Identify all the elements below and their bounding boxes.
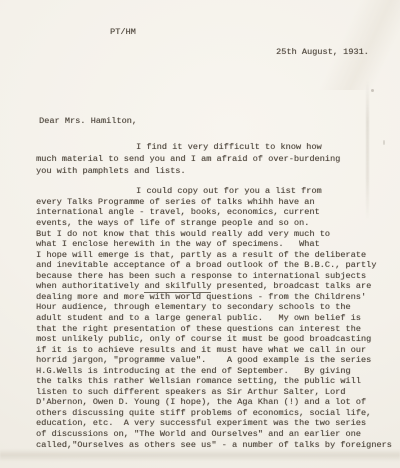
body-line: you with pamphlets and lists. <box>36 166 396 178</box>
typist-reference: PT/HM <box>110 27 136 37</box>
body-line: horrid jargon, "programme value". A good… <box>36 355 396 366</box>
body-line: much material to send you and I am afrai… <box>36 154 396 166</box>
body-line: when authoritatively and skilfully prese… <box>36 281 396 292</box>
body-line: most unlikely public, only of course it … <box>36 334 396 345</box>
paper-speck <box>371 89 374 92</box>
body-line: H.G.Wells is introducing at the end of S… <box>36 366 396 377</box>
body-line: I find it very difficult to know how <box>36 142 396 154</box>
body-line: Hour audience, through elementary to sec… <box>36 302 396 313</box>
body-line: D'Abernon, Owen D. Young (I hope), the A… <box>36 397 396 408</box>
body-line: I hope will emerge is that, partly as a … <box>36 250 396 261</box>
body-line: others discussing quite stiff problems o… <box>36 408 396 419</box>
salutation: Dear Mrs. Hamilton, <box>39 116 137 126</box>
body-line: dealing more and more with world questio… <box>36 292 396 303</box>
body-line: that the right presentation of these que… <box>36 324 396 335</box>
paragraph: I could copy out for you a list fromever… <box>36 186 396 450</box>
body-line: and inevitable acceptance of a broad out… <box>36 260 396 271</box>
body-line: every Talks Programme of series of talks… <box>36 197 396 208</box>
body-line: adult student and to a large general pub… <box>36 313 396 324</box>
body-line: if it is to achieve results and it must … <box>36 345 396 356</box>
body-line: international angle - travel, books, eco… <box>36 207 396 218</box>
body-text: when authoritatively <box>36 281 144 291</box>
body-text: presented, broadcast talks are <box>211 281 371 291</box>
body-line: events, the ways of life of strange peop… <box>36 218 396 229</box>
date-line: 25th August, 1931. <box>276 47 369 57</box>
body-line: because there has been such a response t… <box>36 271 396 282</box>
letter-page: PT/HM 25th August, 1931. Dear Mrs. Hamil… <box>0 0 400 468</box>
body-line: of discussions on, "The World and Oursel… <box>36 429 396 440</box>
body-line: But I do not know that this would really… <box>36 229 396 240</box>
body-line: called,"Ourselves as others see us" - a … <box>36 440 396 451</box>
letter-body: I find it very difficult to know howmuch… <box>36 142 396 450</box>
paragraph: I find it very difficult to know howmuch… <box>36 142 396 177</box>
body-line: what I enclose herewith in the way of sp… <box>36 239 396 250</box>
body-line: listen to such different speakers as Sir… <box>36 387 396 398</box>
body-line: the talks this rather Wellsian romance s… <box>36 376 396 387</box>
body-line: education, etc. A very successful experi… <box>36 418 396 429</box>
body-line: I could copy out for you a list from <box>36 186 396 197</box>
paper-fold-shadow <box>0 449 400 461</box>
paper-crease-diagonal <box>260 0 400 90</box>
